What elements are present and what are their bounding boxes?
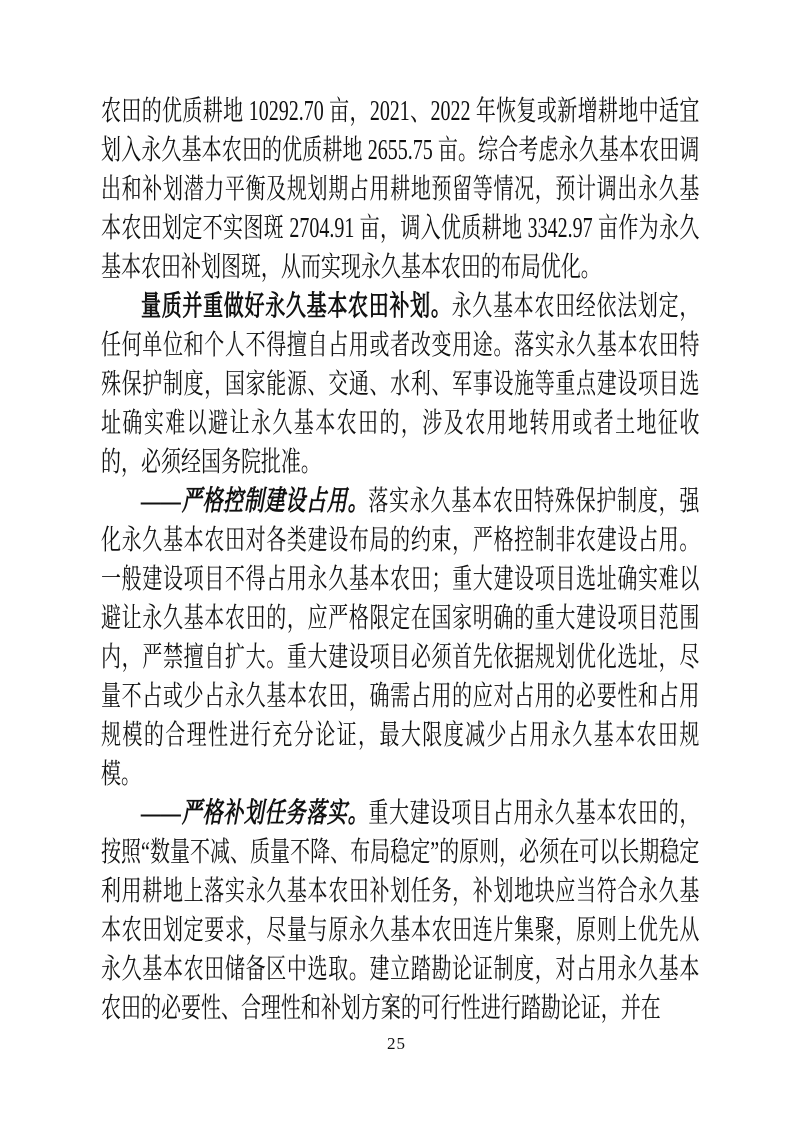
page-number: 25 xyxy=(0,1034,793,1054)
paragraph-4-text: 重大建设项目占用永久基本农田的，按照“数量不减、质量不降、布局稳定”的原则，必须… xyxy=(101,798,699,1024)
paragraph-3-text: 落实永久基本农田特殊保护制度，强化永久基本农田对各类建设布局的约束，严格控制非农… xyxy=(101,486,699,790)
paragraph-1: 农田的优质耕地 10292.70 亩，2021、2022 年恢复或新增耕地中适宜… xyxy=(101,92,699,287)
paragraph-1-text: 农田的优质耕地 10292.70 亩，2021、2022 年恢复或新增耕地中适宜… xyxy=(101,96,699,283)
document-page: 农田的优质耕地 10292.70 亩，2021、2022 年恢复或新增耕地中适宜… xyxy=(0,0,793,1122)
paragraph-3: ——严格控制建设占用。落实永久基本农田特殊保护制度，强化永久基本农田对各类建设布… xyxy=(101,482,699,794)
page-body-text: 农田的优质耕地 10292.70 亩，2021、2022 年恢复或新增耕地中适宜… xyxy=(101,92,699,1028)
paragraph-4-lead: ——严格补划任务落实。 xyxy=(141,798,368,829)
paragraph-2-lead: 量质并重做好永久基本农田补划。 xyxy=(141,291,452,322)
paragraph-3-lead: ——严格控制建设占用。 xyxy=(141,486,368,517)
paragraph-4: ——严格补划任务落实。重大建设项目占用永久基本农田的，按照“数量不减、质量不降、… xyxy=(101,794,699,1028)
paragraph-2: 量质并重做好永久基本农田补划。永久基本农田经依法划定，任何单位和个人不得擅自占用… xyxy=(101,287,699,482)
